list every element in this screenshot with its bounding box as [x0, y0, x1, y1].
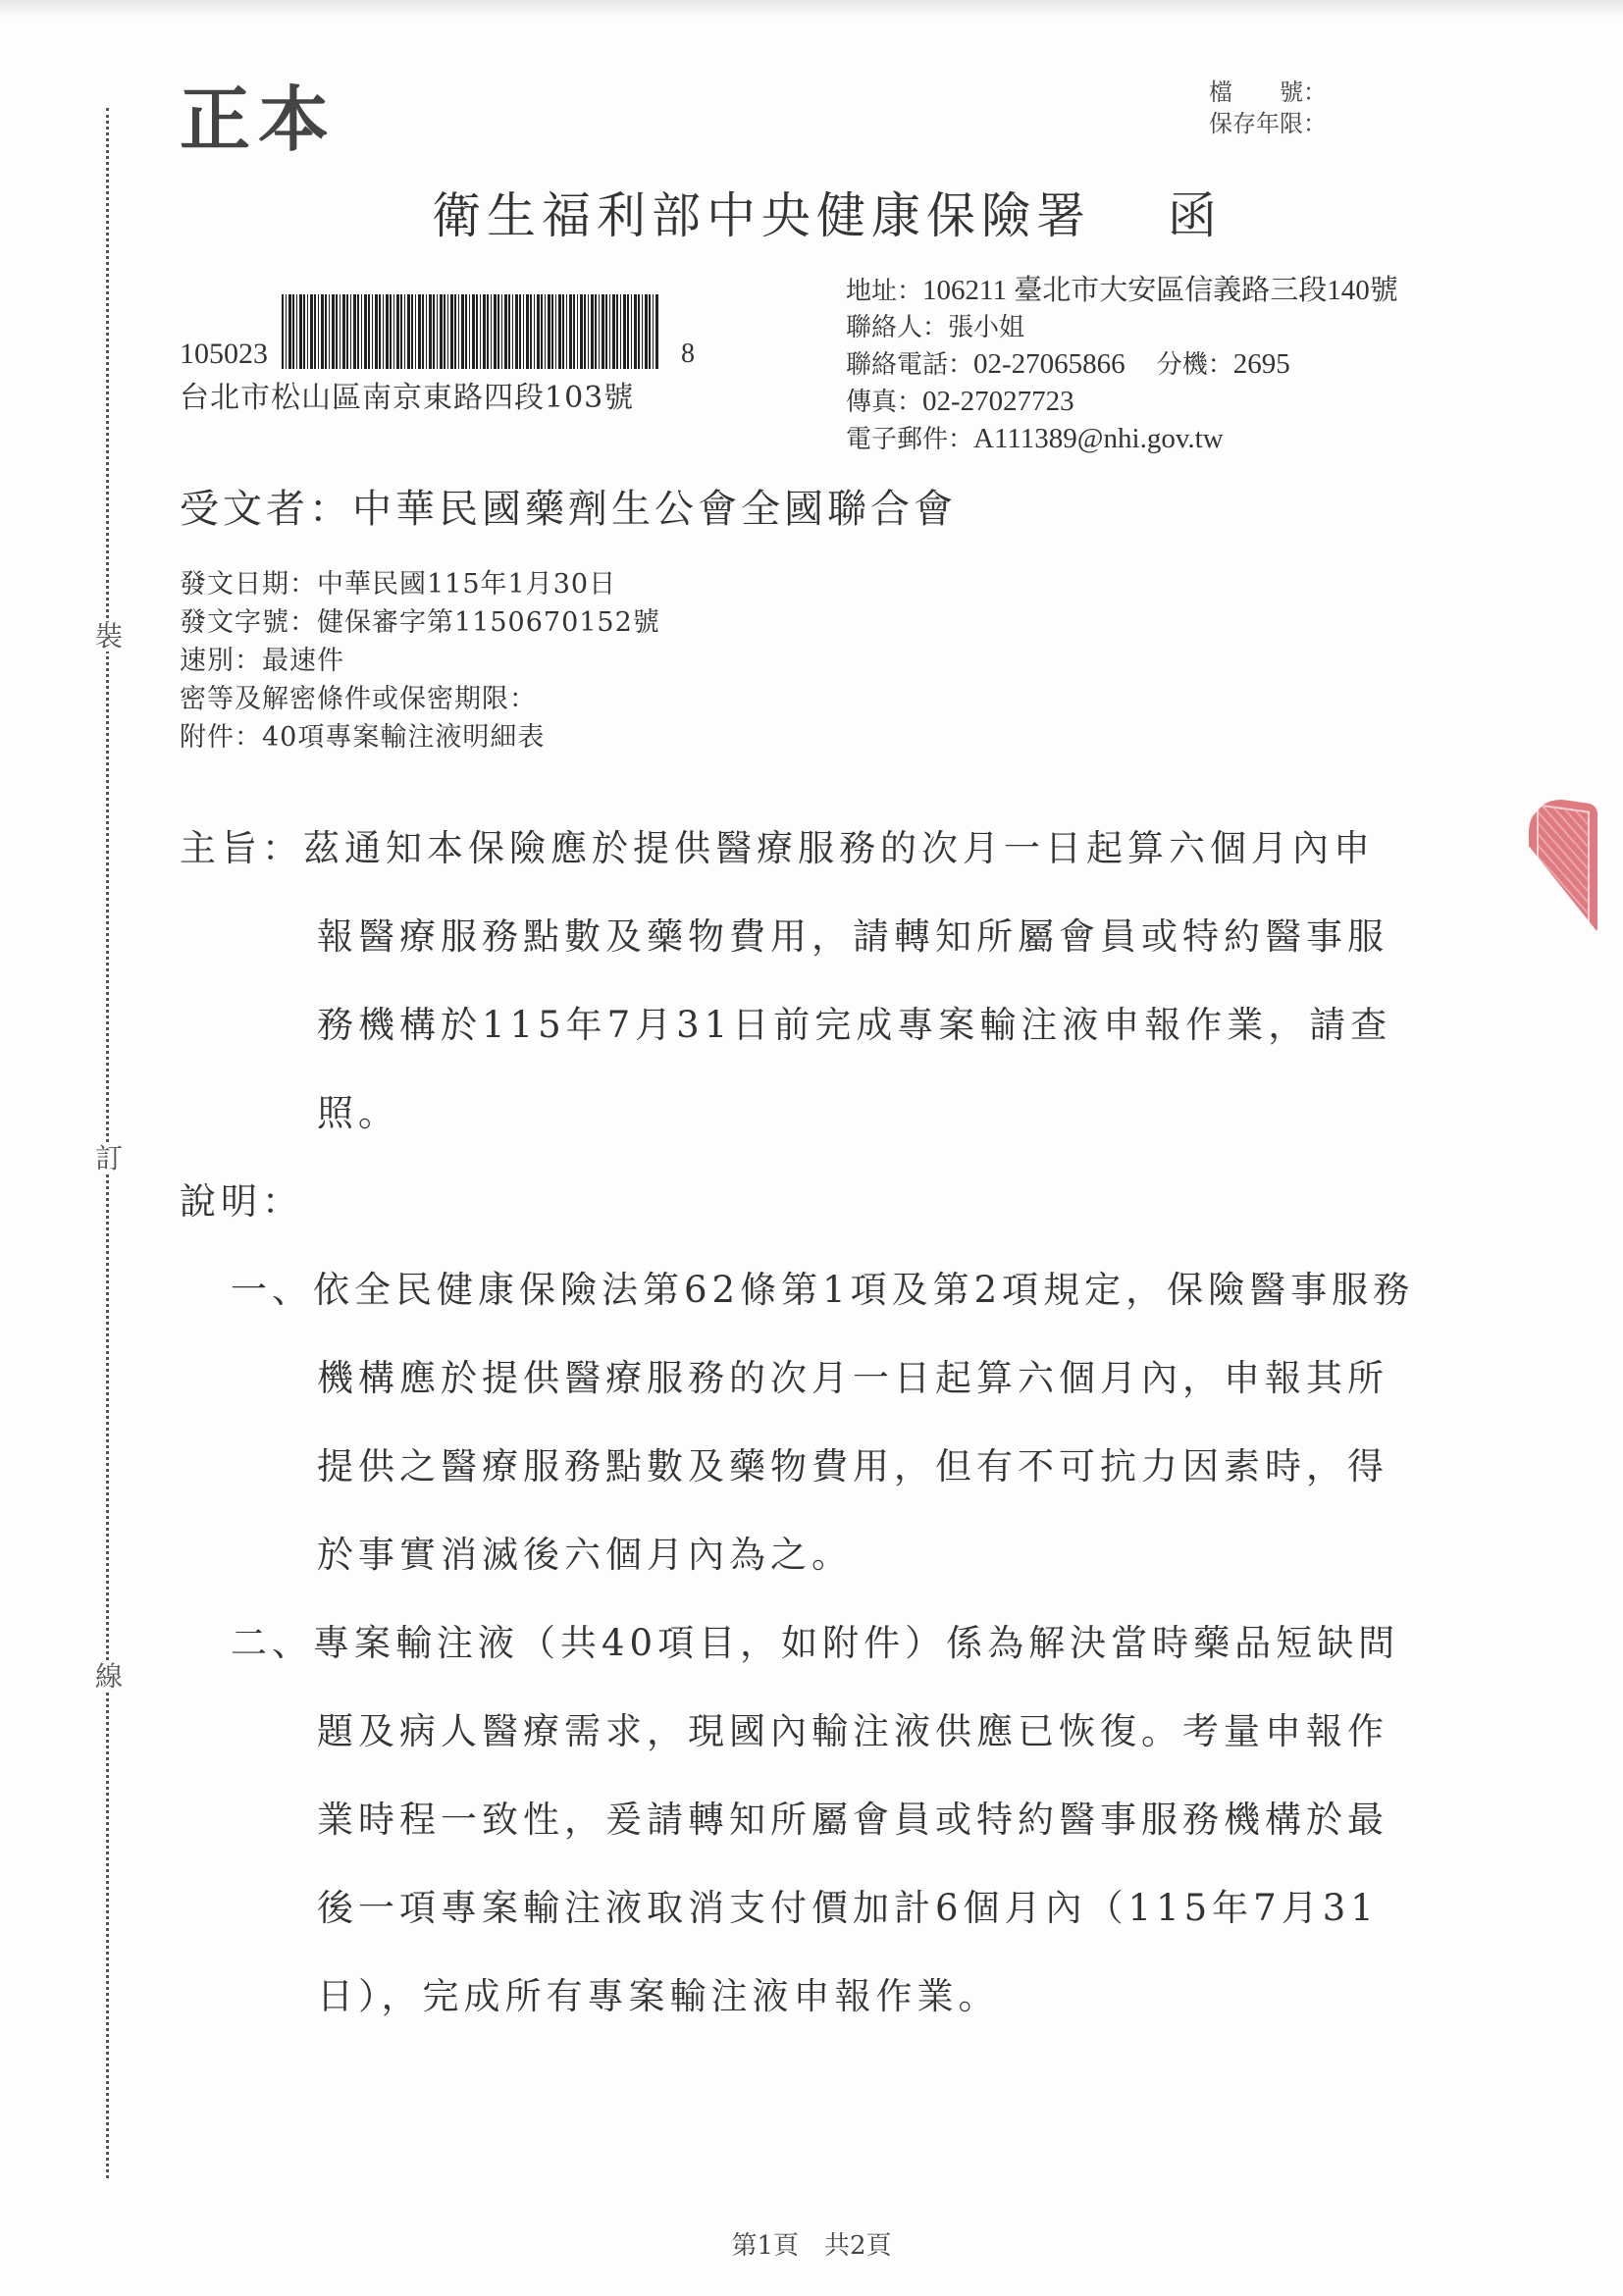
- binding-mark-staple: 訂: [94, 1144, 124, 1174]
- attachment-label: 附件：: [180, 722, 262, 753]
- recipient-mailing-address: 台北市松山區南京東路四段103號: [180, 373, 695, 416]
- extension-value: 2695: [1233, 348, 1290, 380]
- barcode-icon: [282, 294, 659, 369]
- doc-number-row: 發文字號：健保審字第1150670152號: [180, 603, 660, 642]
- item-text: 依全民健康保險法第62條第1項及第2項規定，保險醫事服務: [313, 1269, 1414, 1311]
- issue-date-value: 中華民國115年1月30日: [317, 569, 616, 600]
- phone-row: 聯絡電話：02-27065866分機：2695: [846, 346, 1398, 384]
- barcode-check-digit: 8: [681, 339, 695, 369]
- agency-title: 衛生福利部中央健康保險署 函: [432, 186, 1223, 245]
- fax-label: 傳真：: [846, 388, 922, 417]
- phone-label: 聯絡電話：: [846, 350, 973, 380]
- issue-date-row: 發文日期：中華民國115年1月30日: [180, 565, 660, 603]
- issue-date-label: 發文日期：: [180, 569, 317, 600]
- explanation-item-2-line-5: 日），完成所有專案輸注液申報作業。: [180, 1967, 1485, 2056]
- fax-row: 傳真：02-27027723: [846, 384, 1398, 421]
- item-marker: 一、: [231, 1269, 313, 1311]
- scan-edge: [0, 0, 1623, 18]
- doc-number-label: 發文字號：: [180, 607, 317, 638]
- email-row: 電子郵件：A111389@nhi.gov.tw: [846, 421, 1398, 458]
- contact-person-row: 聯絡人：張小姐: [846, 310, 1398, 346]
- document-meta-block: 發文日期：中華民國115年1月30日 發文字號：健保審字第1150670152號…: [180, 565, 660, 757]
- subject-line-2: 報醫療服務點數及藥物費用，請轉知所屬會員或特約醫事服: [180, 908, 1485, 996]
- email-link[interactable]: A111389@nhi.gov.tw: [973, 423, 1224, 454]
- doc-number-value: 健保審字第1150670152號: [317, 607, 660, 638]
- priority-value: 最速件: [262, 646, 344, 676]
- file-meta: 檔 號： 保存年限：: [1209, 77, 1327, 139]
- address-value: 106211 臺北市大安區信義路三段140號: [922, 275, 1398, 306]
- postal-code: 105023: [180, 339, 268, 369]
- classification-row: 密等及解密條件或保密期限：: [180, 680, 660, 718]
- explanation-item-2-line-4: 後一項專案輸注液取消支付價加計6個月內（115年7月31: [180, 1879, 1485, 1967]
- contact-person-value: 張小姐: [948, 313, 1024, 342]
- mailing-block: 105023 8 台北市松山區南京東路四段103號: [180, 290, 695, 416]
- explanation-item-2-line-3: 業時程一致性，爰請轉知所屬會員或特約醫事服務機構於最: [180, 1791, 1485, 1879]
- subject-line-4: 照。: [180, 1084, 1485, 1173]
- page-indicator: 第1頁 共2頁: [0, 2225, 1623, 2262]
- item-text: 專案輸注液（共40項目，如附件）係為解決當時藥品短缺問: [313, 1622, 1399, 1664]
- recipient-value: 中華民國藥劑生公會全國聯合會: [352, 487, 957, 532]
- contact-person-label: 聯絡人：: [846, 313, 948, 342]
- document-page: 裝 訂 線 正本 檔 號： 保存年限： 衛生福利部中央健康保險署 函 10502…: [0, 0, 1623, 2296]
- email-label: 電子郵件：: [846, 425, 973, 454]
- binding-mark-line: 線: [94, 1662, 124, 1692]
- explanation-item-2-line-1: 二、專案輸注液（共40項目，如附件）係為解決當時藥品短缺問: [180, 1614, 1485, 1702]
- priority-label: 速別：: [180, 646, 262, 676]
- explanation-item-1-line-3: 提供之醫療服務點數及藥物費用，但有不可抗力因素時，得: [180, 1437, 1485, 1526]
- retention-period-label: 保存年限：: [1209, 108, 1327, 139]
- barcode-row: 105023 8: [180, 290, 695, 369]
- original-copy-mark: 正本: [180, 80, 337, 159]
- document-body: 主旨：茲通知本保險應於提供醫療服務的次月一日起算六個月內申 報醫療服務點數及藥物…: [180, 819, 1485, 2056]
- subject-line-1: 主旨：茲通知本保險應於提供醫療服務的次月一日起算六個月內申: [180, 819, 1485, 908]
- sender-contact-block: 地址：106211 臺北市大安區信義路三段140號 聯絡人：張小姐 聯絡電話：0…: [846, 273, 1398, 458]
- red-seal-stamp: [1529, 795, 1597, 932]
- binding-mark-bind: 裝: [94, 622, 124, 652]
- address-label: 地址：: [846, 277, 922, 306]
- explanation-label: 說明：: [180, 1173, 1485, 1261]
- subject-line-3: 務機構於115年7月31日前完成專案輸注液申報作業，請查: [180, 996, 1485, 1084]
- priority-row: 速別：最速件: [180, 642, 660, 680]
- extension-label: 分機：: [1157, 350, 1233, 380]
- recipient-label: 受文者：: [180, 487, 352, 532]
- explanation-item-1-line-2: 機構應於提供醫療服務的次月一日起算六個月內，申報其所: [180, 1349, 1485, 1437]
- subject-label: 主旨：: [180, 827, 303, 869]
- subject-text: 茲通知本保險應於提供醫療服務的次月一日起算六個月內申: [303, 827, 1375, 869]
- phone-value: 02-27065866: [973, 348, 1126, 380]
- file-number-label: 檔 號：: [1209, 77, 1327, 108]
- explanation-item-1-line-4: 於事實消滅後六個月內為之。: [180, 1526, 1485, 1614]
- attachment-row: 附件：40項專案輸注液明細表: [180, 718, 660, 757]
- fax-value: 02-27027723: [922, 386, 1074, 417]
- explanation-item-1-line-1: 一、依全民健康保險法第62條第1項及第2項規定，保險醫事服務: [180, 1261, 1485, 1349]
- item-marker: 二、: [231, 1622, 313, 1664]
- recipient-line: 受文者：中華民國藥劑生公會全國聯合會: [180, 485, 957, 534]
- attachment-value: 40項專案輸注液明細表: [262, 722, 545, 753]
- classification-label: 密等及解密條件或保密期限：: [180, 684, 537, 714]
- explanation-item-2-line-2: 題及病人醫療需求，現國內輸注液供應已恢復。考量申報作: [180, 1702, 1485, 1791]
- address-row: 地址：106211 臺北市大安區信義路三段140號: [846, 273, 1398, 310]
